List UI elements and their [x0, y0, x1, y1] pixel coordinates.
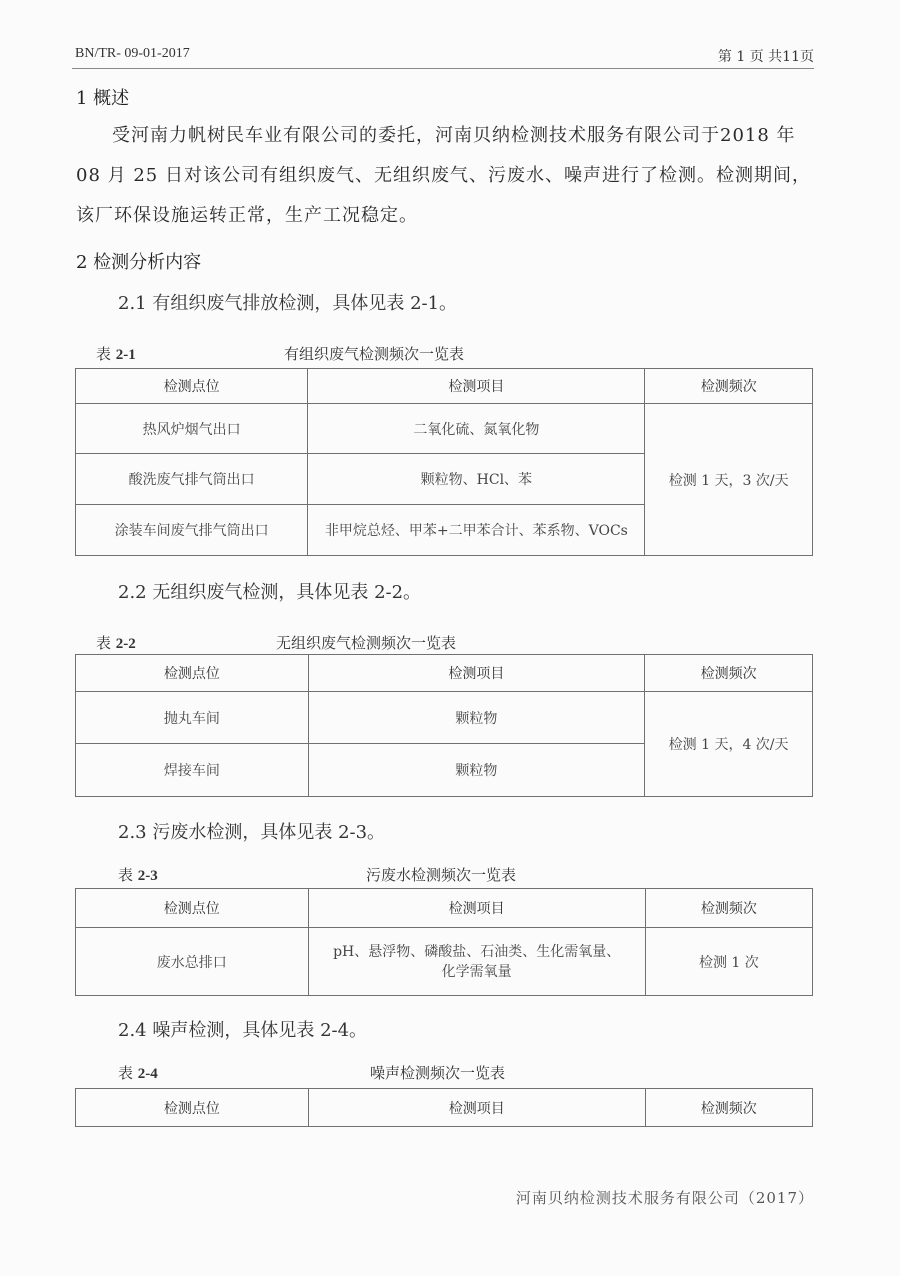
- table-2-3-title: 污废水检测频次一览表: [366, 864, 516, 885]
- table-2-3: 检测点位 检测项目 检测频次 废水总排口 pH、悬浮物、磷酸盐、石油类、生化需氧…: [75, 888, 813, 996]
- col-header-items: 检测项目: [308, 655, 645, 692]
- col-header-point: 检测点位: [76, 655, 309, 692]
- table-header-row: 检测点位 检测项目 检测频次: [76, 655, 813, 692]
- cell-frequency: 检测 1 天，4 次/天: [645, 692, 813, 797]
- col-header-items: 检测项目: [308, 889, 645, 928]
- cell-point: 废水总排口: [76, 928, 309, 996]
- cell-items: 颗粒物、HCl、苯: [308, 454, 645, 505]
- col-header-items: 检测项目: [308, 369, 645, 404]
- table-2-2-title: 无组织废气检测频次一览表: [276, 632, 456, 653]
- cell-point: 热风炉烟气出口: [76, 404, 308, 454]
- col-header-frequency: 检测频次: [645, 655, 813, 692]
- cell-point: 抛丸车间: [76, 692, 309, 744]
- table-2-4: 检测点位 检测项目 检测频次: [75, 1088, 813, 1127]
- table-2-1-label: 表 2-1: [96, 343, 136, 364]
- subsection-2-4: 2.4 噪声检测，具体见表 2-4。: [118, 1016, 367, 1042]
- col-header-frequency: 检测频次: [645, 1089, 812, 1127]
- section-2-heading: 2 检测分析内容: [76, 248, 201, 274]
- document-code: BN/TR- 09-01-2017: [75, 46, 190, 62]
- table-2-2: 检测点位 检测项目 检测频次 抛丸车间 颗粒物 检测 1 天，4 次/天 焊接车…: [75, 654, 813, 797]
- header-divider: [72, 68, 814, 69]
- table-2-2-label: 表 2-2: [96, 632, 136, 653]
- table-2-4-label: 表 2-4: [118, 1062, 158, 1083]
- table-2-4-title: 噪声检测频次一览表: [370, 1062, 505, 1083]
- col-header-frequency: 检测频次: [645, 369, 813, 404]
- col-header-frequency: 检测频次: [645, 889, 812, 928]
- table-row: 抛丸车间 颗粒物 检测 1 天，4 次/天: [76, 692, 813, 744]
- section-1-heading: 1 概述: [76, 84, 129, 110]
- col-header-point: 检测点位: [76, 1089, 309, 1127]
- col-header-items: 检测项目: [308, 1089, 645, 1127]
- table-row: 废水总排口 pH、悬浮物、磷酸盐、石油类、生化需氧量、 化学需氧量 检测 1 次: [76, 928, 813, 996]
- table-header-row: 检测点位 检测项目 检测频次: [76, 889, 813, 928]
- page-number: 第 1 页 共11页: [718, 46, 814, 66]
- cell-items: 二氧化硫、氮氧化物: [308, 404, 645, 454]
- cell-items-line-1: pH、悬浮物、磷酸盐、石油类、生化需氧量、: [313, 942, 641, 962]
- table-2-1-title: 有组织废气检测频次一览表: [284, 343, 464, 364]
- subsection-2-2: 2.2 无组织废气检测，具体见表 2-2。: [118, 578, 421, 604]
- subsection-2-1: 2.1 有组织废气排放检测，具体见表 2-1。: [118, 289, 457, 315]
- cell-items: 颗粒物: [308, 744, 645, 797]
- footer-organization: 河南贝纳检测技术服务有限公司（2017）: [516, 1187, 814, 1208]
- cell-items: pH、悬浮物、磷酸盐、石油类、生化需氧量、 化学需氧量: [308, 928, 645, 996]
- col-header-point: 检测点位: [76, 889, 309, 928]
- cell-point: 涂装车间废气排气筒出口: [76, 505, 308, 556]
- cell-frequency: 检测 1 天，3 次/天: [645, 404, 813, 556]
- table-header-row: 检测点位 检测项目 检测频次: [76, 1089, 813, 1127]
- table-header-row: 检测点位 检测项目 检测频次: [76, 369, 813, 404]
- cell-items: 颗粒物: [308, 692, 645, 744]
- table-row: 热风炉烟气出口 二氧化硫、氮氧化物 检测 1 天，3 次/天: [76, 404, 813, 454]
- col-header-point: 检测点位: [76, 369, 308, 404]
- cell-items-line-2: 化学需氧量: [313, 962, 641, 982]
- section-1-paragraph: 受河南力帆树民车业有限公司的委托，河南贝纳检测技术服务有限公司于2018 年 0…: [76, 116, 816, 236]
- subsection-2-3: 2.3 污废水检测，具体见表 2-3。: [118, 818, 385, 844]
- cell-frequency: 检测 1 次: [645, 928, 812, 996]
- table-2-1: 检测点位 检测项目 检测频次 热风炉烟气出口 二氧化硫、氮氧化物 检测 1 天，…: [75, 368, 813, 556]
- cell-point: 酸洗废气排气筒出口: [76, 454, 308, 505]
- table-2-3-label: 表 2-3: [118, 864, 158, 885]
- cell-point: 焊接车间: [76, 744, 309, 797]
- cell-items: 非甲烷总烃、甲苯+二甲苯合计、苯系物、VOCs: [308, 505, 645, 556]
